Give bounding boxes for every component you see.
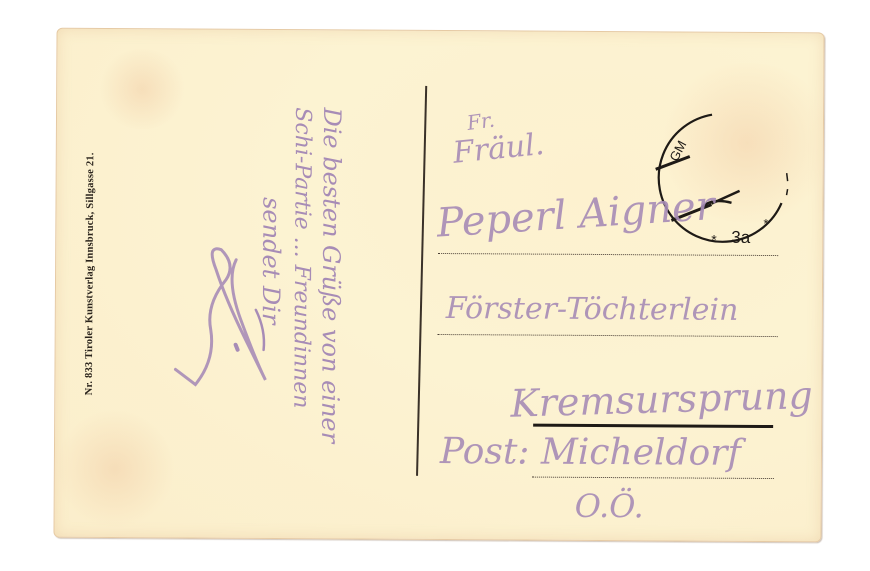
signature-flourish [165, 209, 306, 410]
address-title: Fräul. [451, 127, 546, 171]
address-place: Kremsursprung [510, 373, 814, 426]
address-title-abbrev: Fr. [466, 108, 497, 135]
address-line-2 [438, 334, 778, 337]
center-divider [416, 86, 427, 476]
message-line: Die besten Grüße von einer [315, 107, 347, 443]
postcard: Nr. 833 Tiroler Kunstverlag Innsbruck, S… [53, 28, 824, 543]
svg-text:*: * [711, 232, 717, 248]
address-line2: Förster-Töchterlein [446, 291, 739, 328]
svg-text:3a: 3a [731, 228, 751, 247]
publisher-imprint: Nr. 833 Tiroler Kunstverlag Innsbruck, S… [84, 152, 96, 395]
svg-text:*: * [763, 216, 768, 231]
address-region: O.Ö. [575, 487, 644, 525]
paper-stain [55, 409, 176, 530]
paper-stain [97, 49, 187, 130]
address-line-4 [532, 477, 774, 479]
address-line-3 [533, 424, 773, 428]
address-line-1 [438, 253, 778, 256]
address-post: Post: Micheldorf [440, 431, 741, 474]
